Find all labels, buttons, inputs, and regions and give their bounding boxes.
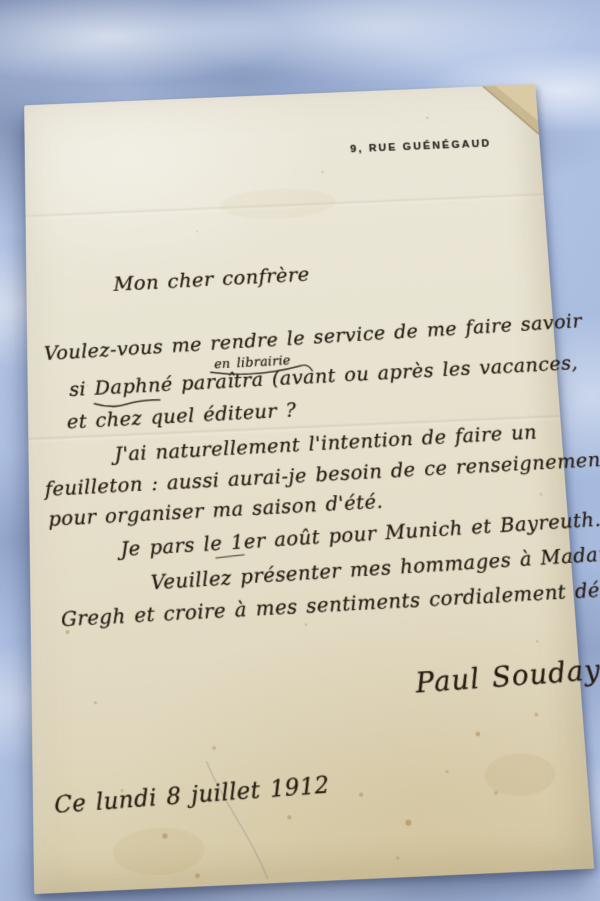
signature: Paul Souday <box>414 654 600 700</box>
letter-sheet: 9, RUE GUÉNÉGAUD Mon cher confrère Voule… <box>24 84 594 894</box>
photo-of-letter: 9, RUE GUÉNÉGAUD Mon cher confrère Voule… <box>0 0 600 901</box>
premier-underline-stroke <box>216 555 244 558</box>
salutation-line: Mon cher confrère <box>113 262 310 295</box>
age-stain <box>113 825 206 877</box>
date-line: Ce lundi 8 juillet 1912 <box>54 772 331 819</box>
body-line-2: si Daphné paraîtra (avant ou après les v… <box>69 351 579 400</box>
body-line-3: et chez quel éditeur ? <box>67 399 297 434</box>
folded-corner <box>482 84 539 137</box>
age-stain <box>219 186 336 221</box>
age-stain <box>483 752 556 798</box>
body-line-9: Gregh et croire à mes sentiments cordial… <box>61 575 600 631</box>
printed-letterhead: 9, RUE GUÉNÉGAUD <box>350 138 492 155</box>
